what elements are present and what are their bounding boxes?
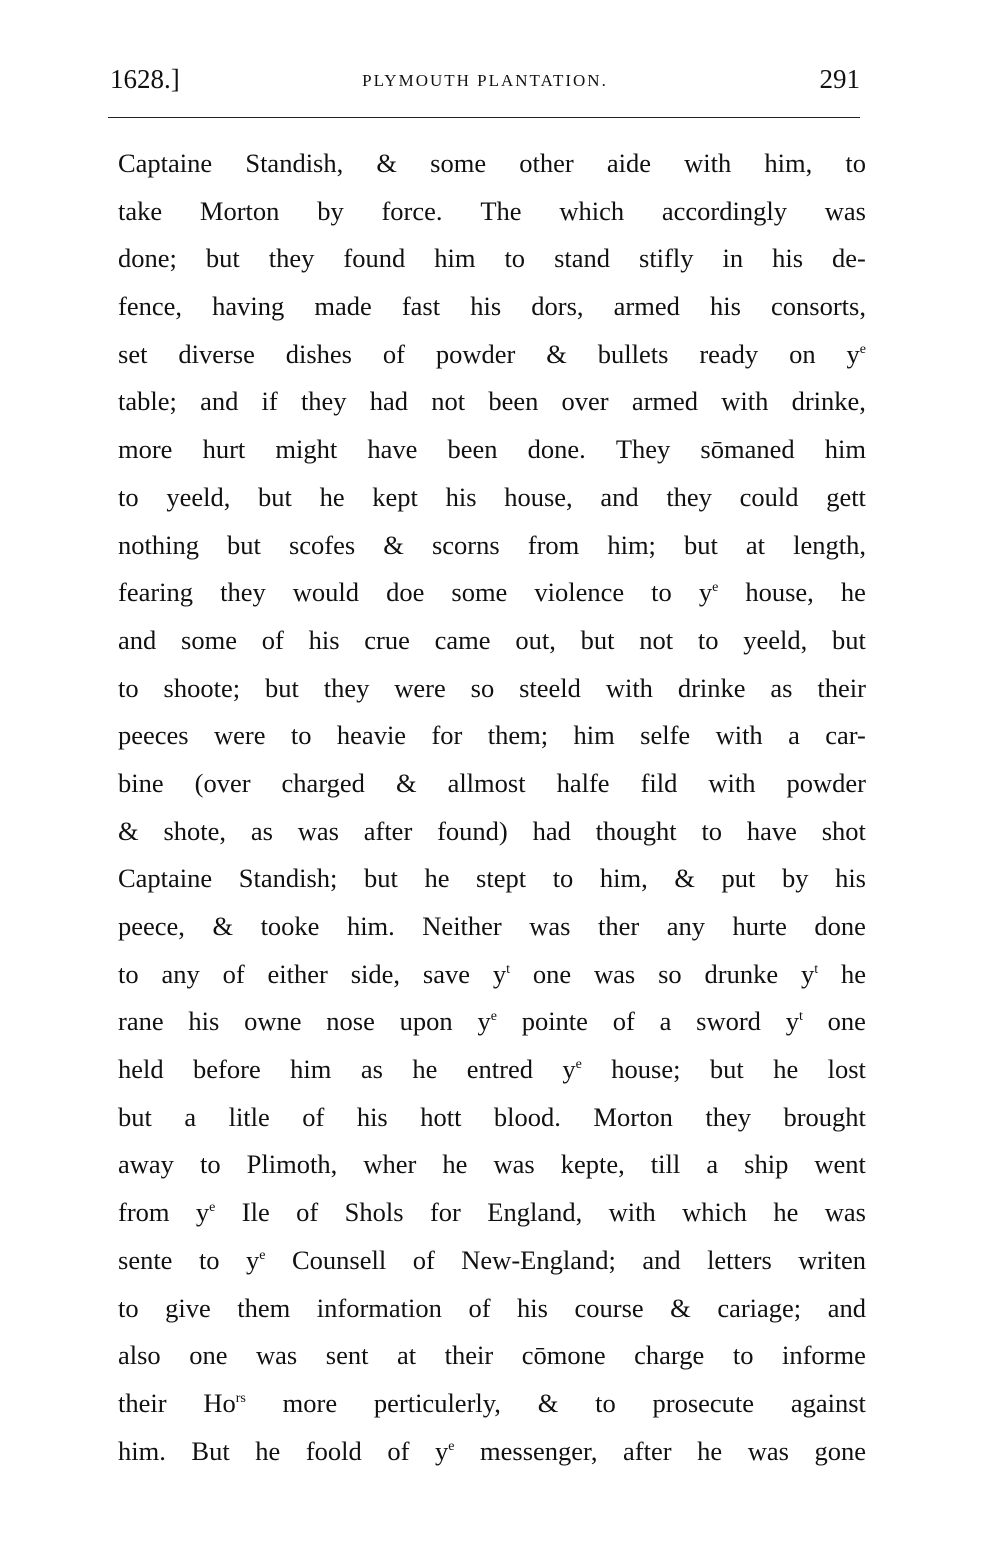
text-line: him.Buthefooldofyemessenger,afterhewasgo…: [118, 1428, 868, 1476]
text-line: fromyeIleofSholsforEngland,withwhichhewa…: [118, 1189, 868, 1237]
text-line: nothingbutscofes&scornsfromhim;butatleng…: [118, 522, 868, 570]
text-line: toyeeld,buthekepthishouse,andtheycouldge…: [118, 474, 868, 522]
text-line: peecesweretoheavieforthem;himselfewithac…: [118, 712, 868, 760]
text-line: fearingtheywoulddoesomeviolencetoyehouse…: [118, 569, 868, 617]
running-head: 1628.] PLYMOUTH PLANTATION. 291: [110, 62, 860, 96]
text-line: toanyofeitherside,saveytonewassodrunkeyt…: [118, 951, 868, 999]
text-line: ranehisownenoseuponyepointeofaswordytone: [118, 998, 868, 1046]
text-line: andsomeofhiscruecameout,butnottoyeeld,bu…: [118, 617, 868, 665]
text-line: alsoonewassentattheircōmonechargetoinfor…: [118, 1332, 868, 1380]
book-page: 1628.] PLYMOUTH PLANTATION. 291 Captaine…: [0, 0, 1000, 1547]
text-line: sentetoyeCounsellofNew-England;andletter…: [118, 1237, 868, 1285]
text-line: morehurtmighthavebeendone.Theysōmanedhim: [118, 426, 868, 474]
text-line: theirHorsmoreperticulerly,&toprosecuteag…: [118, 1380, 868, 1428]
text-line: table;andiftheyhadnotbeenoverarmedwithdr…: [118, 378, 868, 426]
text-line: bine(overcharged&allmosthalfefildwithpow…: [118, 760, 868, 808]
text-line: setdiversedishesofpowder&bulletsreadyony…: [118, 331, 868, 379]
text-line: togivetheminformationofhiscourse&cariage…: [118, 1285, 868, 1333]
text-line: CaptaineStandish;buthestepttohim,&putbyh…: [118, 855, 868, 903]
text-line: CaptaineStandish,&someotheraidewithhim,t…: [118, 140, 868, 188]
text-line: butalitleofhishottblood.Mortontheybrough…: [118, 1094, 868, 1142]
text-line: fence,havingmadefasthisdors,armedhiscons…: [118, 283, 868, 331]
body-text: CaptaineStandish,&someotheraidewithhim,t…: [118, 140, 868, 1475]
text-line: takeMortonbyforce.Thewhichaccordinglywas: [118, 188, 868, 236]
text-line: &shote,aswasafterfound)hadthoughttohaves…: [118, 808, 868, 856]
page-number: 291: [820, 62, 861, 96]
text-line: done;buttheyfoundhimtostandstiflyinhisde…: [118, 235, 868, 283]
running-head-title: PLYMOUTH PLANTATION.: [110, 64, 860, 98]
header-rule: [108, 117, 860, 118]
text-line: awaytoPlimoth,wherhewaskepte,tillashipwe…: [118, 1141, 868, 1189]
text-line: heldbeforehimasheentredyehouse;buthelost: [118, 1046, 868, 1094]
text-line: peece,&tookehim.Neitherwastheranyhurtedo…: [118, 903, 868, 951]
text-line: toshoote;buttheyweresosteeldwithdrinkeas…: [118, 665, 868, 713]
